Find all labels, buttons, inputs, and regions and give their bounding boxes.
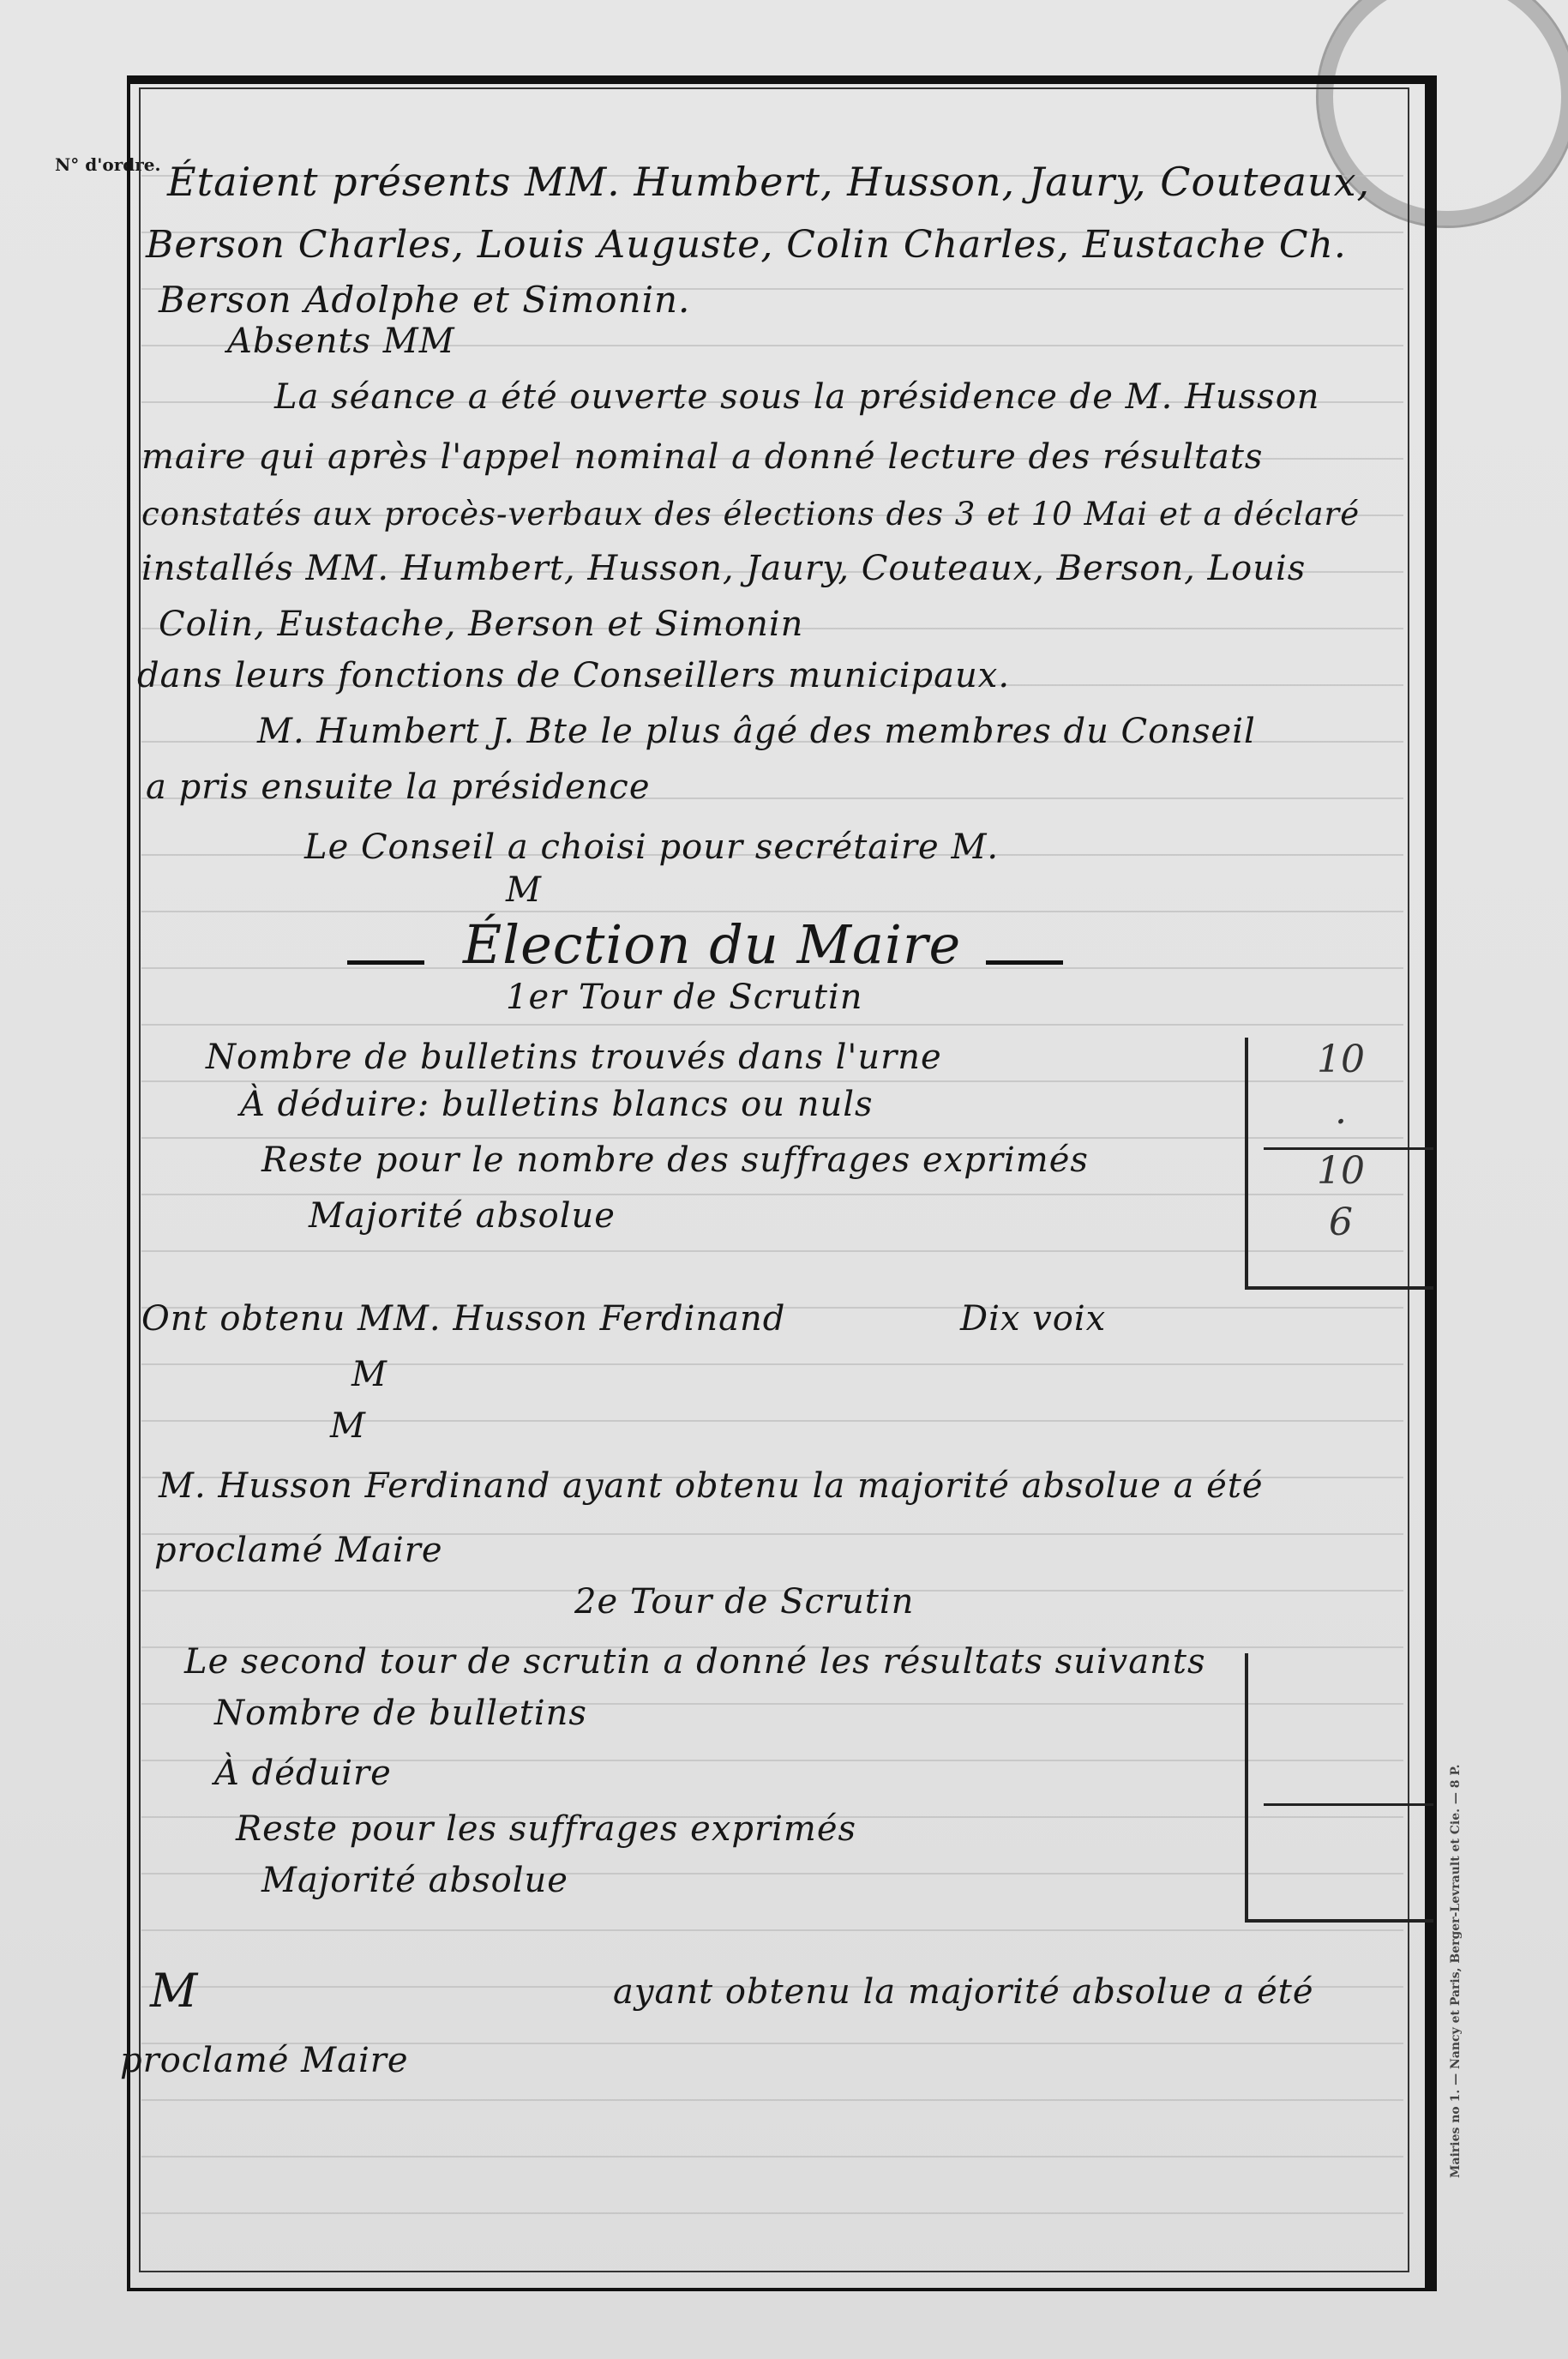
opening-line-4: installés MM. Humbert, Husson, Jaury, Co… — [141, 549, 1306, 588]
second-round-title: 2e Tour de Scrutin — [574, 1582, 914, 1622]
round1-value-deduct: . — [1248, 1089, 1433, 1133]
round1-tally-box: 10 . 10 6 — [1245, 1038, 1433, 1290]
obtained-votes: Dix voix — [960, 1299, 1106, 1339]
final-end: proclamé Maire — [120, 2041, 409, 2080]
round2-tally-box — [1245, 1653, 1433, 1923]
round2-row-2-label: À déduire — [214, 1754, 392, 1793]
section-title: Élection du Maire — [463, 913, 961, 976]
secretary-name: M — [506, 870, 542, 910]
president-line-1: M. Humbert J. Bte le plus âgé des membre… — [257, 712, 1256, 751]
opening-line-1: La séance a été ouverte sous la présiden… — [274, 377, 1320, 417]
present-line-3: Berson Adolphe et Simonin. — [159, 279, 690, 321]
opening-line-2: maire qui après l'appel nominal a donné … — [141, 437, 1263, 477]
round1-value-majority: 6 — [1248, 1201, 1433, 1244]
obtained-extra-2: M — [330, 1406, 366, 1446]
final-line: ayant obtenu la majorité absolue a été — [613, 1972, 1314, 2012]
round1-value-expressed: 10 — [1248, 1149, 1433, 1193]
round1-row-2-label: À déduire: bulletins blancs ou nuls — [240, 1085, 874, 1124]
secretary-line: Le Conseil a choisi pour secrétaire M. — [304, 827, 999, 867]
round1-value-ballots: 10 — [1248, 1038, 1433, 1081]
tally-separator — [1264, 1803, 1433, 1806]
heading-dash-left — [347, 960, 424, 965]
obtained-extra-1: M — [351, 1355, 387, 1394]
round1-row-3-label: Reste pour le nombre des suffrages expri… — [261, 1140, 1089, 1180]
proclamation-line: M. Husson Ferdinand ayant obtenu la majo… — [159, 1466, 1264, 1506]
heading-dash-right — [986, 960, 1063, 965]
opening-line-3: constatés aux procès-verbaux des électio… — [141, 496, 1360, 533]
opening-line-5: Colin, Eustache, Berson et Simonin — [159, 605, 803, 644]
proclamation-end: proclamé Maire — [154, 1531, 443, 1570]
round1-row-1-label: Nombre de bulletins trouvés dans l'urne — [206, 1038, 942, 1077]
printer-imprint: Mairies no 1. — Nancy et Paris, Berger-L… — [1449, 1765, 1463, 2178]
obtained-line: Ont obtenu MM. Husson Ferdinand — [141, 1299, 785, 1339]
opening-line-6: dans leurs fonctions de Conseillers muni… — [137, 656, 1010, 695]
round2-row-3-label: Reste pour les suffrages exprimés — [236, 1809, 856, 1849]
final-prefix: M — [150, 1964, 198, 2018]
round2-row-4-label: Majorité absolue — [261, 1861, 568, 1900]
present-line-2: Berson Charles, Louis Auguste, Colin Cha… — [146, 223, 1347, 267]
present-line-1: Étaient présents MM. Humbert, Husson, Ja… — [167, 159, 1370, 205]
first-round-title: 1er Tour de Scrutin — [506, 978, 863, 1017]
round1-row-4-label: Majorité absolue — [309, 1196, 616, 1236]
president-line-2: a pris ensuite la présidence — [146, 767, 651, 807]
round2-row-1-label: Nombre de bulletins — [214, 1694, 587, 1733]
register-page: N° d'ordre. Étaient présents MM. Humbert… — [0, 0, 1568, 2359]
second-round-intro: Le second tour de scrutin a donné les ré… — [184, 1642, 1206, 1682]
absents-line: Absents MM — [227, 322, 455, 361]
